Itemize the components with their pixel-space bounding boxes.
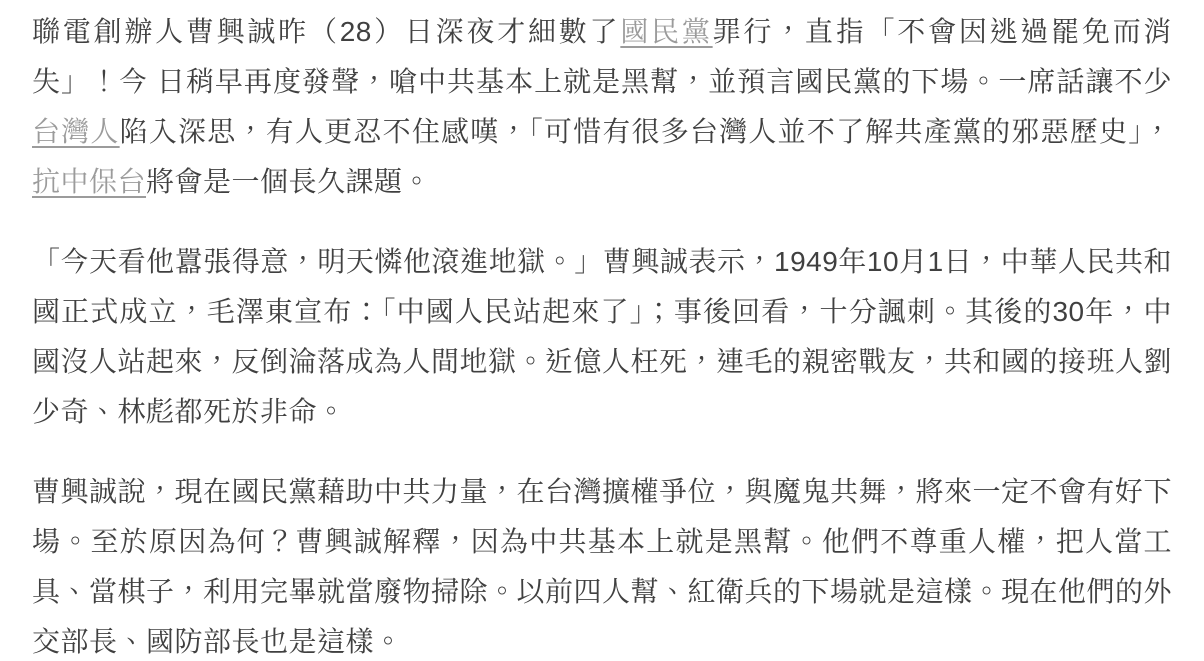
paragraph: 曹興誠說，現在國民黨藉助中共力量，在台灣擴權爭位，與魔鬼共舞，將來一定不會有好下… bbox=[32, 467, 1172, 661]
inline-link[interactable]: 台灣人 bbox=[32, 116, 120, 147]
paragraph: 聯電創辦人曹興誠昨（28）日深夜才細數了國民黨罪行，直指「不會因逃過罷免而消失」… bbox=[32, 7, 1172, 207]
body-text: 曹興誠說，現在國民黨藉助中共力量，在台灣擴權爭位，與魔鬼共舞，將來一定不會有好下… bbox=[32, 476, 1172, 657]
body-text: 聯電創辦人曹興誠昨（28）日深夜才細數了 bbox=[32, 16, 620, 47]
body-text: 陷入深思，有人更忍不住感嘆，「可惜有很多台灣人並不了解共產黨的邪惡歷史」， bbox=[120, 116, 1172, 147]
inline-link[interactable]: 抗中保台 bbox=[32, 166, 146, 197]
body-text: 將會是一個長久課題。 bbox=[146, 166, 431, 197]
body-text: 「今天看他囂張得意，明天憐他滾進地獄。」曹興誠表示，1949年10月1日，中華人… bbox=[32, 246, 1172, 427]
paragraph: 「今天看他囂張得意，明天憐他滾進地獄。」曹興誠表示，1949年10月1日，中華人… bbox=[32, 237, 1172, 437]
inline-link[interactable]: 國民黨 bbox=[620, 16, 712, 47]
article-body: 聯電創辦人曹興誠昨（28）日深夜才細數了國民黨罪行，直指「不會因逃過罷免而消失」… bbox=[32, 0, 1172, 661]
